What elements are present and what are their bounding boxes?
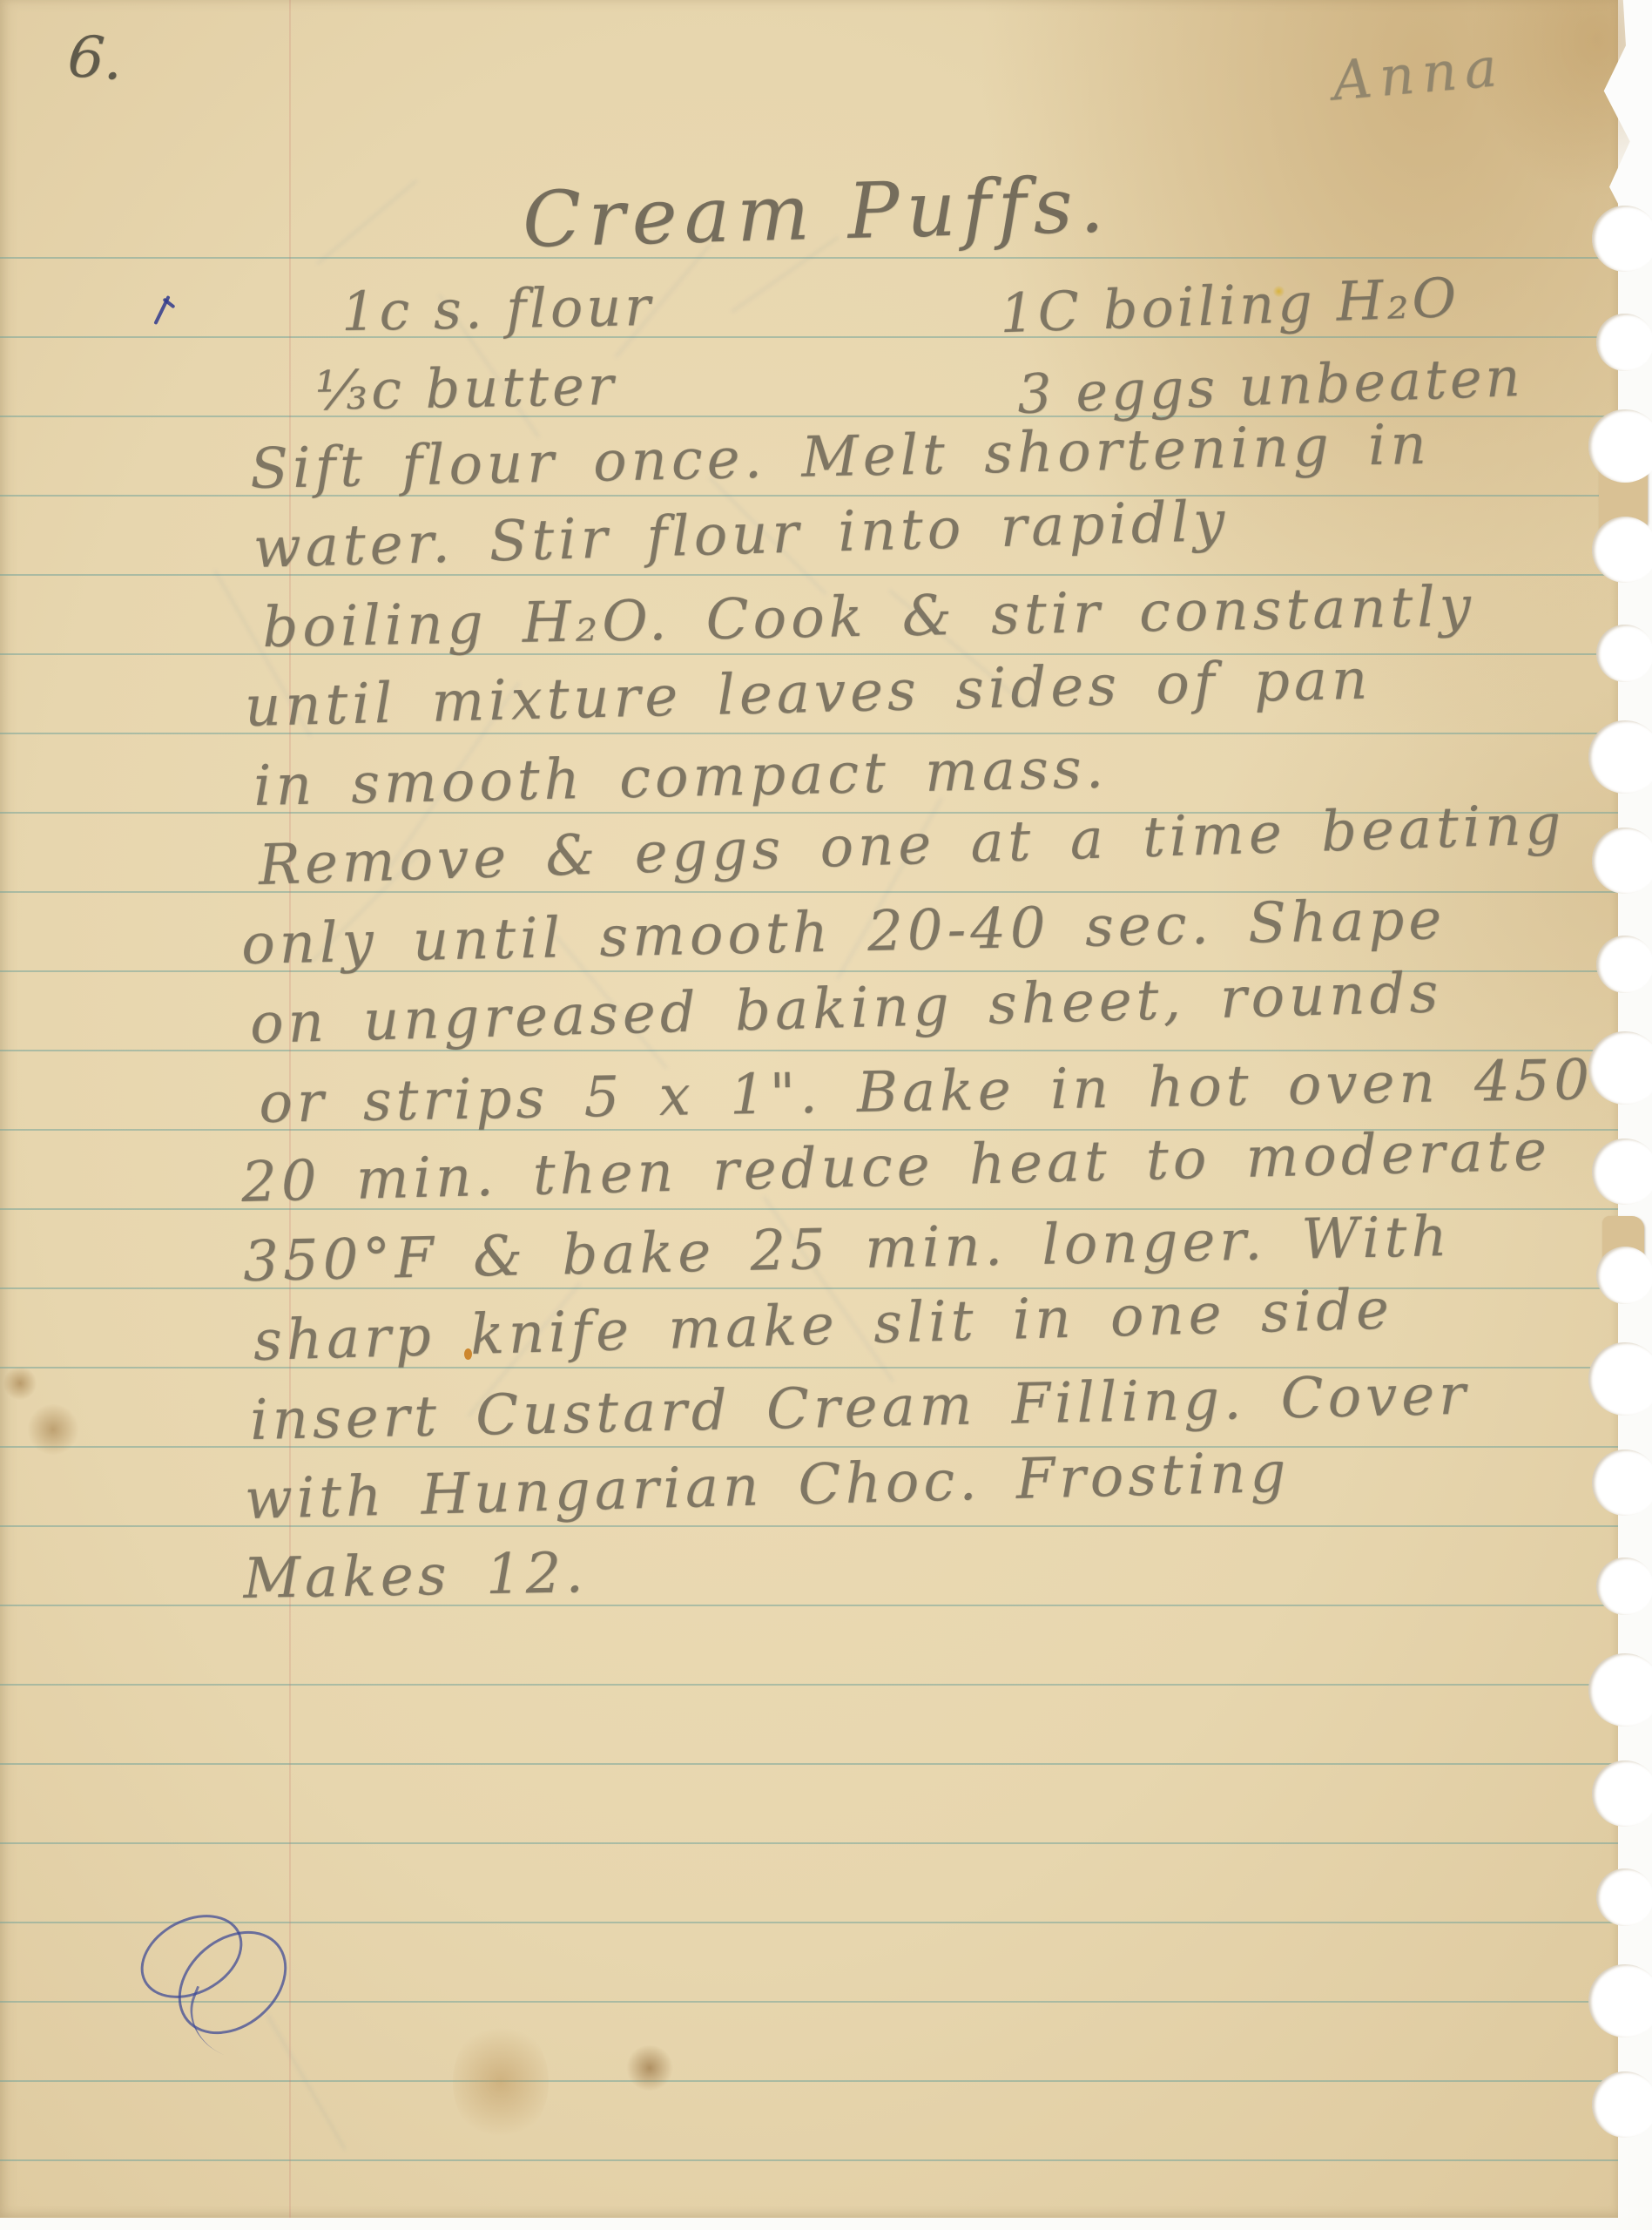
spiral-hole — [1592, 1760, 1652, 1827]
spiral-hole — [1596, 1868, 1652, 1926]
ingredient-butter: ⅓c butter — [314, 354, 617, 422]
spiral-hole — [1596, 1247, 1652, 1304]
bleedthrough-stroke — [316, 179, 418, 266]
instruction-line: Makes 12. — [243, 1541, 589, 1612]
spiral-hole — [1596, 1558, 1652, 1615]
spiral-hole — [1592, 2071, 1652, 2138]
blue-ink-doodle — [131, 1912, 314, 2051]
spiral-hole — [1596, 936, 1652, 993]
notebook-page: 6. Anna Cream Puffs. 1c s. flour ⅓c butt… — [0, 0, 1618, 2218]
stain-spot — [26, 1404, 80, 1455]
spiral-hole — [1596, 314, 1652, 371]
stain-spot — [625, 2045, 674, 2091]
spiral-hole — [1592, 828, 1652, 894]
stain-spot — [453, 2021, 549, 2143]
recipe-title: Cream Puffs. — [522, 159, 1112, 265]
spiral-hole — [1596, 625, 1652, 682]
blue-ink-mark — [150, 293, 185, 331]
spiral-hole — [1592, 517, 1652, 583]
spiral-hole — [1592, 1449, 1652, 1516]
page-number: 6. — [65, 23, 125, 93]
ingredient-flour: 1c s. flour — [341, 274, 654, 343]
spiral-hole — [1592, 1139, 1652, 1205]
spiral-hole — [1592, 206, 1652, 272]
stain-spot — [3, 1366, 37, 1401]
